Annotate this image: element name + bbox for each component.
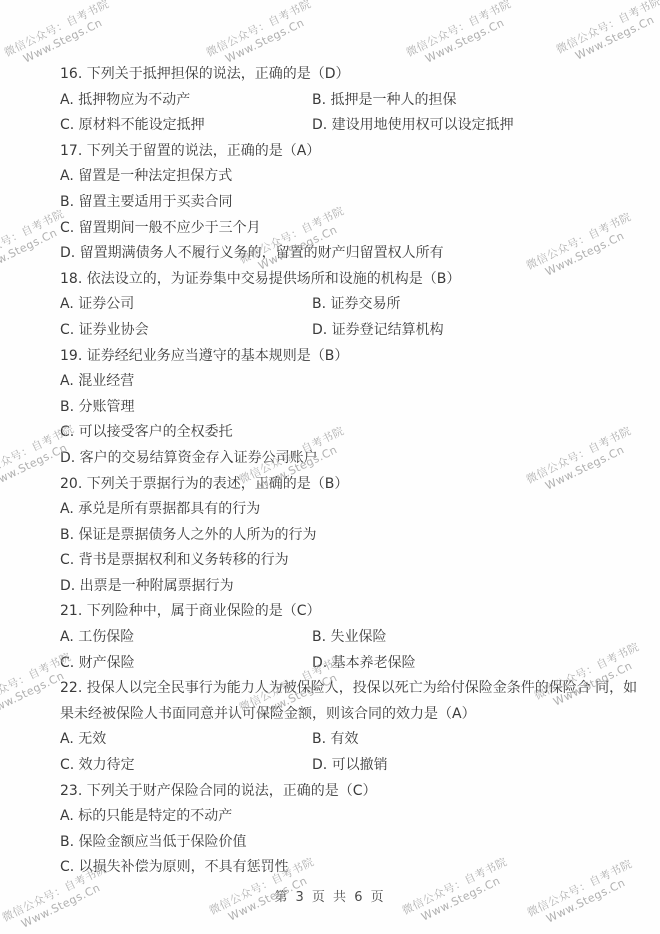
question-22-stem-line: 22. 投保人以完全民事行为能力人为被保险人，投保以死亡为给付保险金条件的保险合…: [60, 676, 652, 702]
question-20-option-line: D. 出票是一种附属票据行为: [60, 574, 652, 600]
question-23-option-text: C. 以损失补偿为原则，不具有惩罚性: [60, 859, 289, 875]
question-17-option-line: B. 留置主要适用于买卖合同: [60, 190, 652, 216]
question-19-option-text: A. 混业经营: [60, 373, 134, 389]
question-16-stem-line: 16. 下列关于抵押担保的说法，正确的是（D）: [60, 62, 652, 88]
question-18-option-line: A. 证券公司B. 证券交易所: [60, 292, 652, 318]
question-22-stem-text: 22. 投保人以完全民事行为能力人为被保险人，投保以死亡为给付保险金条件的保险合…: [60, 680, 637, 696]
page-number-text: 第 3 页 共 6 页: [274, 890, 385, 905]
questions-area: 16. 下列关于抵押担保的说法，正确的是（D）A. 抵押物应为不动产B. 抵押是…: [60, 62, 652, 881]
question-17-option-text: A. 留置是一种法定担保方式: [60, 168, 232, 184]
question-19-option-line: A. 混业经营: [60, 369, 652, 395]
question-19-option-line: B. 分账管理: [60, 395, 652, 421]
question-17-option-text: B. 留置主要适用于买卖合同: [60, 194, 233, 210]
watermark-text-cn: 微信公众号：自考书院: [2, 0, 111, 60]
question-18-option-right: D. 证券登记结算机构: [312, 318, 444, 344]
document-page: 16. 下列关于抵押担保的说法，正确的是（D）A. 抵押物应为不动产B. 抵押是…: [0, 0, 660, 934]
question-20-option-text: D. 出票是一种附属票据行为: [60, 578, 234, 594]
question-20-option-line: B. 保证是票据债务人之外的人所为的行为: [60, 523, 652, 549]
question-21-option-line: C. 财产保险D. 基本养老保险: [60, 651, 652, 677]
question-17-stem-line: 17. 下列关于留置的说法，正确的是（A）: [60, 139, 652, 165]
question-19-option-text: B. 分账管理: [60, 399, 135, 415]
question-18-option-line: C. 证券业协会D. 证券登记结算机构: [60, 318, 652, 344]
watermark-text-cn: 微信公众号：自考书院: [554, 0, 660, 57]
question-21-option-right: B. 失业保险: [312, 625, 387, 651]
question-20-stem-text: 20. 下列关于票据行为的表述，正确的是（B）: [60, 476, 348, 492]
question-18-option-left: C. 证券业协会: [60, 318, 312, 344]
question-22-option-line: A. 无效B. 有效: [60, 727, 652, 753]
question-16-stem-text: 16. 下列关于抵押担保的说法，正确的是（D）: [60, 66, 350, 82]
question-17-option-text: C. 留置期间一般不应少于三个月: [60, 220, 261, 236]
question-22-option-right: D. 可以撤销: [312, 753, 388, 779]
question-19-stem-text: 19. 证券经纪业务应当遵守的基本规则是（B）: [60, 348, 348, 364]
question-19-option-line: D. 客户的交易结算资金存入证券公司账户: [60, 446, 652, 472]
question-16-option-line: C. 原材料不能设定抵押D. 建设用地使用权可以设定抵押: [60, 113, 652, 139]
watermark: 微信公众号：自考书院Www.Stegs.Cn: [554, 0, 660, 70]
question-23-stem-line: 23. 下列关于财产保险合同的说法，正确的是（C）: [60, 779, 652, 805]
question-22-option-left: A. 无效: [60, 727, 312, 753]
question-23-stem-text: 23. 下列关于财产保险合同的说法，正确的是（C）: [60, 783, 377, 799]
question-22-option-line: C. 效力待定D. 可以撤销: [60, 753, 652, 779]
question-18-option-right: B. 证券交易所: [312, 292, 401, 318]
question-21-stem-line: 21. 下列险种中，属于商业保险的是（C）: [60, 599, 652, 625]
question-20-option-text: A. 承兑是所有票据都具有的行为: [60, 501, 260, 517]
question-21-option-left: C. 财产保险: [60, 651, 312, 677]
question-17-option-line: A. 留置是一种法定担保方式: [60, 164, 652, 190]
watermark-text-cn: 微信公众号：自考书院: [204, 0, 313, 60]
watermark-text-cn: 微信公众号：自考书院: [0, 207, 67, 270]
question-23-option-text: A. 标的只能是特定的不动产: [60, 808, 232, 824]
question-20-option-text: C. 背书是票据权利和义务转移的行为: [60, 552, 289, 568]
question-17-option-line: D. 留置期满债务人不履行义务的，留置的财产归留置权人所有: [60, 241, 652, 267]
question-23-option-line: A. 标的只能是特定的不动产: [60, 804, 652, 830]
question-16-option-left: C. 原材料不能设定抵押: [60, 113, 312, 139]
question-22-stem-line: 果未经被保险人书面同意并认可保险金额，则该合同的效力是（A）: [60, 702, 652, 728]
question-21-option-right: D. 基本养老保险: [312, 651, 416, 677]
question-17-option-text: D. 留置期满债务人不履行义务的，留置的财产归留置权人所有: [60, 245, 444, 261]
question-20-option-text: B. 保证是票据债务人之外的人所为的行为: [60, 527, 317, 543]
question-20-stem-line: 20. 下列关于票据行为的表述，正确的是（B）: [60, 472, 652, 498]
question-23-option-text: B. 保险金额应当低于保险价值: [60, 834, 247, 850]
question-22-option-right: B. 有效: [312, 727, 359, 753]
question-19-option-text: C. 可以接受客户的全权委托: [60, 424, 233, 440]
question-18-option-left: A. 证券公司: [60, 292, 312, 318]
question-16-option-right: B. 抵押是一种人的担保: [312, 88, 457, 114]
watermark-text-url: Www.Stegs.Cn: [560, 7, 660, 70]
question-17-option-line: C. 留置期间一般不应少于三个月: [60, 216, 652, 242]
watermark-text-cn: 微信公众号：自考书院: [404, 0, 513, 60]
question-21-option-line: A. 工伤保险B. 失业保险: [60, 625, 652, 651]
page-footer: 第 3 页 共 6 页: [0, 886, 660, 905]
question-21-option-left: A. 工伤保险: [60, 625, 312, 651]
question-22-stem-text: 果未经被保险人书面同意并认可保险金额，则该合同的效力是（A）: [60, 706, 476, 722]
question-19-option-line: C. 可以接受客户的全权委托: [60, 420, 652, 446]
question-22-option-left: C. 效力待定: [60, 753, 312, 779]
question-16-option-line: A. 抵押物应为不动产B. 抵押是一种人的担保: [60, 88, 652, 114]
question-20-option-line: C. 背书是票据权利和义务转移的行为: [60, 548, 652, 574]
question-20-option-line: A. 承兑是所有票据都具有的行为: [60, 497, 652, 523]
question-17-stem-text: 17. 下列关于留置的说法，正确的是（A）: [60, 143, 320, 159]
question-18-stem-text: 18. 依法设立的，为证券集中交易提供场所和设施的机构是（B）: [60, 271, 460, 287]
question-18-stem-line: 18. 依法设立的，为证券集中交易提供场所和设施的机构是（B）: [60, 267, 652, 293]
question-16-option-left: A. 抵押物应为不动产: [60, 88, 312, 114]
question-23-option-line: B. 保险金额应当低于保险价值: [60, 830, 652, 856]
question-23-option-line: C. 以损失补偿为原则，不具有惩罚性: [60, 855, 652, 881]
question-21-stem-text: 21. 下列险种中，属于商业保险的是（C）: [60, 603, 321, 619]
question-19-stem-line: 19. 证券经纪业务应当遵守的基本规则是（B）: [60, 344, 652, 370]
question-16-option-right: D. 建设用地使用权可以设定抵押: [312, 113, 514, 139]
question-19-option-text: D. 客户的交易结算资金存入证券公司账户: [60, 450, 318, 466]
